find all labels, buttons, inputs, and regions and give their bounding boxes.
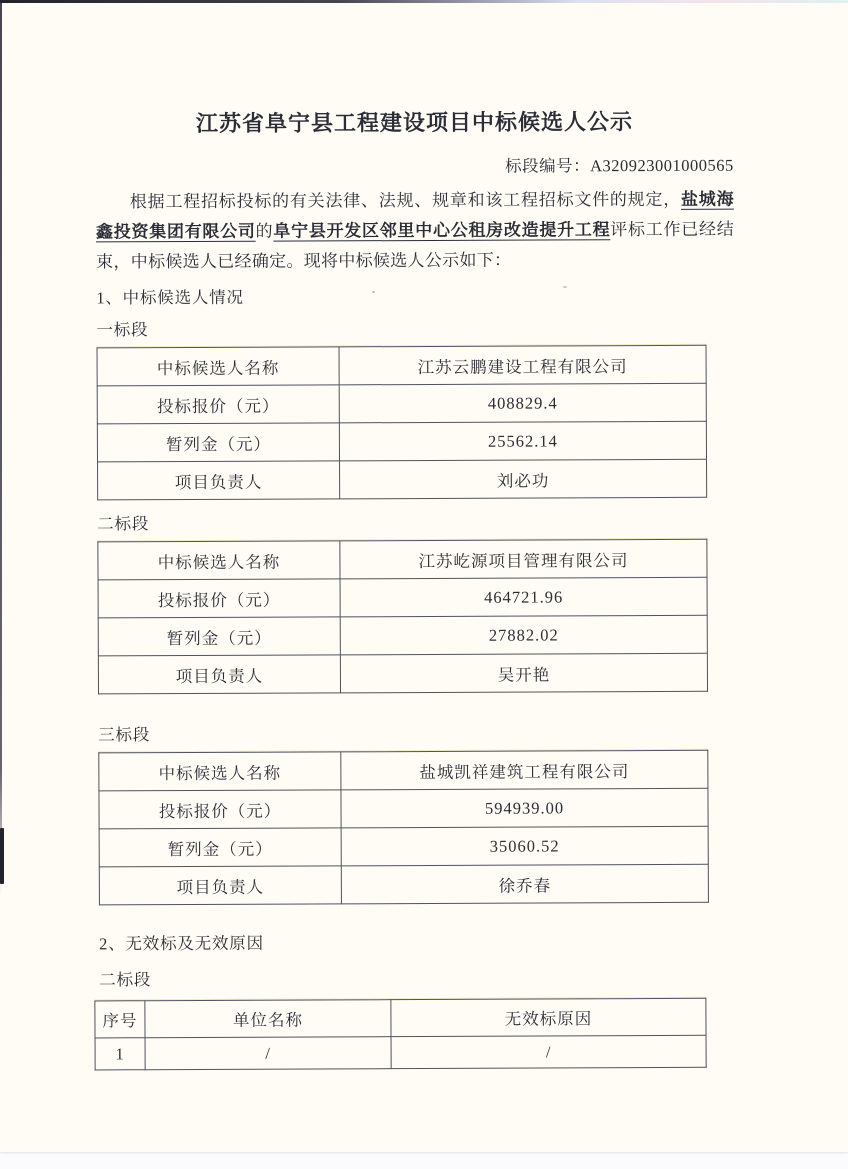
row-label-cell: 中标候选人名称 (97, 347, 339, 386)
column-header-unit-name: 单位名称 (145, 1000, 391, 1038)
row-label-cell: 投标报价（元） (99, 790, 341, 829)
invalid-reason-cell: / (391, 1035, 706, 1068)
column-header-invalid-reason: 无效标原因 (391, 998, 706, 1036)
column-header-seq: 序号 (95, 1001, 145, 1038)
table-row: 投标报价（元） 464721.96 (98, 577, 707, 618)
table-row: 1 / / (95, 1035, 706, 1070)
page-content: 江苏省阜宁县工程建设项目中标候选人公示 标段编号：A32092300100056… (0, 0, 848, 1071)
table-header-row: 序号 单位名称 无效标原因 (95, 998, 706, 1038)
row-label-cell: 投标报价（元） (97, 385, 339, 424)
bid-section-number: 标段编号：A320923001000565 (96, 155, 734, 180)
project-name-underlined: 阜宁县开发区邻里中心公租房改造提升工程 (273, 220, 610, 240)
table-row: 中标候选人名称 盐城凯祥建筑工程有限公司 (99, 750, 708, 791)
segment-label-2: 二标段 (97, 511, 735, 536)
row-value-cell: 吴开艳 (340, 653, 707, 693)
segment-label-1: 一标段 (96, 317, 734, 342)
row-label-cell: 暂列金（元） (99, 828, 341, 867)
segment-label-3: 三标段 (98, 722, 736, 747)
heading-invalid-bids: 2、无效标及无效原因 (99, 931, 737, 956)
row-value-cell: 徐乔春 (341, 864, 708, 904)
row-value-cell: 408829.4 (339, 383, 706, 423)
row-value-cell: 盐城凯祥建筑工程有限公司 (341, 750, 708, 790)
intro-connector-text: 的 (256, 222, 274, 241)
candidate-table-2: 中标候选人名称 江苏屹源项目管理有限公司 投标报价（元） 464721.96 暂… (97, 539, 708, 695)
unit-name-cell: / (145, 1037, 391, 1070)
row-value-cell: 25562.14 (339, 421, 706, 461)
candidate-table-1: 中标候选人名称 江苏云鹏建设工程有限公司 投标报价（元） 408829.4 暂列… (97, 345, 708, 501)
row-label-cell: 暂列金（元） (98, 617, 340, 656)
row-value-cell: 刘必功 (340, 459, 707, 499)
candidate-table-3: 中标候选人名称 盐城凯祥建筑工程有限公司 投标报价（元） 594939.00 暂… (98, 750, 709, 906)
table-row: 暂列金（元） 35060.52 (99, 826, 708, 867)
row-value-cell: 35060.52 (341, 826, 708, 866)
invalid-bids-table: 序号 单位名称 无效标原因 1 / / (94, 998, 706, 1071)
row-label-cell: 暂列金（元） (97, 423, 339, 462)
row-label-cell: 投标报价（元） (98, 579, 340, 618)
table-row: 项目负责人 刘必功 (98, 459, 707, 500)
row-value-cell: 江苏云鹏建设工程有限公司 (339, 345, 706, 385)
table-row: 项目负责人 吴开艳 (98, 653, 707, 694)
row-value-cell: 27882.02 (340, 615, 707, 655)
table-row: 中标候选人名称 江苏云鹏建设工程有限公司 (97, 345, 706, 386)
table-row: 中标候选人名称 江苏屹源项目管理有限公司 (98, 539, 707, 580)
row-value-cell: 464721.96 (340, 577, 707, 617)
row-value-cell: 江苏屹源项目管理有限公司 (340, 539, 707, 579)
table-row: 投标报价（元） 408829.4 (97, 383, 706, 424)
intro-lead-text: 根据工程招标投标的有关法律、法规、规章和该工程招标文件的规定， (130, 190, 681, 211)
table-row: 暂列金（元） 25562.14 (97, 421, 706, 462)
page-title: 江苏省阜宁县工程建设项目中标候选人公示 (95, 107, 733, 140)
table-row: 项目负责人 徐乔春 (99, 864, 708, 905)
row-value-cell: 594939.00 (341, 788, 708, 828)
table-row: 投标报价（元） 594939.00 (99, 788, 708, 829)
row-label-cell: 中标候选人名称 (99, 752, 341, 791)
row-label-cell: 项目负责人 (98, 461, 340, 500)
document-page: 江苏省阜宁县工程建设项目中标候选人公示 标段编号：A32092300100056… (0, 0, 848, 1152)
intro-paragraph: 根据工程招标投标的有关法律、法规、规章和该工程招标文件的规定，盐城海鑫投资集团有… (96, 185, 734, 278)
segment-label-invalid: 二标段 (99, 967, 737, 992)
table-row: 暂列金（元） 27882.02 (98, 615, 707, 656)
row-label-cell: 项目负责人 (99, 866, 341, 905)
heading-candidates: 1、中标候选人情况 (96, 285, 734, 310)
row-label-cell: 中标候选人名称 (98, 541, 340, 580)
seq-cell: 1 (95, 1038, 145, 1070)
row-label-cell: 项目负责人 (98, 655, 340, 694)
